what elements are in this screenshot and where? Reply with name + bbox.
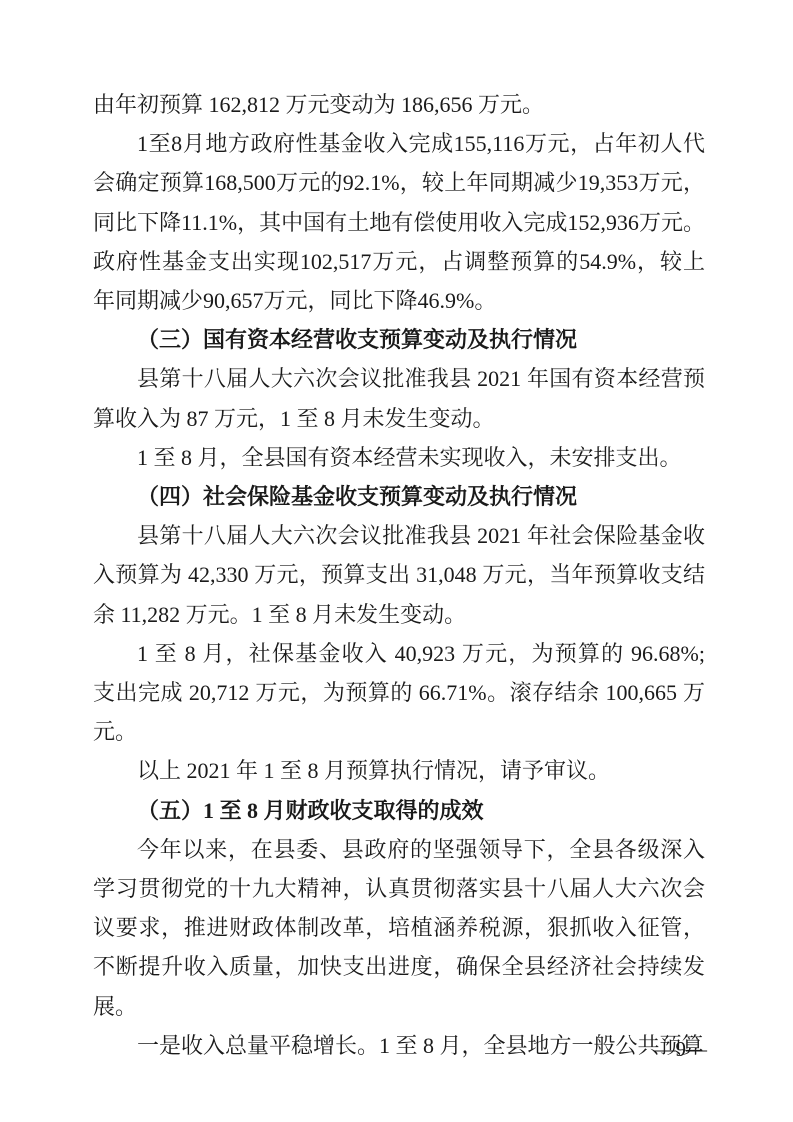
section-heading: （四）社会保险基金收支预算变动及执行情况 bbox=[93, 477, 705, 516]
body-paragraph: 县第十八届人大六次会议批准我县 2021 年社会保险基金收入预算为 42,330… bbox=[93, 516, 705, 634]
section-heading: （三）国有资本经营收支预算变动及执行情况 bbox=[93, 320, 705, 359]
body-paragraph: 由年初预算 162,812 万元变动为 186,656 万元。 bbox=[93, 85, 705, 124]
document-page: 由年初预算 162,812 万元变动为 186,656 万元。1至8月地方政府性… bbox=[0, 0, 793, 1122]
page-number: —9— bbox=[93, 1036, 707, 1062]
body-paragraph: 今年以来，在县委、县政府的坚强领导下，全县各级深入学习贯彻党的十九大精神，认真贯… bbox=[93, 830, 705, 1026]
body-paragraph: 县第十八届人大六次会议批准我县 2021 年国有资本经营预算收入为 87 万元，… bbox=[93, 359, 705, 437]
body-paragraph: 以上 2021 年 1 至 8 月预算执行情况，请予审议。 bbox=[93, 751, 705, 790]
body-paragraph: 1至8月地方政府性基金收入完成155,116万元，占年初人代会确定预算168,5… bbox=[93, 124, 705, 320]
body-paragraph: 1 至 8 月，全县国有资本经营未实现收入，未安排支出。 bbox=[93, 438, 705, 477]
section-heading: （五）1 至 8 月财政收支取得的成效 bbox=[93, 791, 705, 830]
document-body: 由年初预算 162,812 万元变动为 186,656 万元。1至8月地方政府性… bbox=[93, 85, 705, 1065]
body-paragraph: 1 至 8 月，社保基金收入 40,923 万元，为预算的 96.68%; 支出… bbox=[93, 634, 705, 752]
